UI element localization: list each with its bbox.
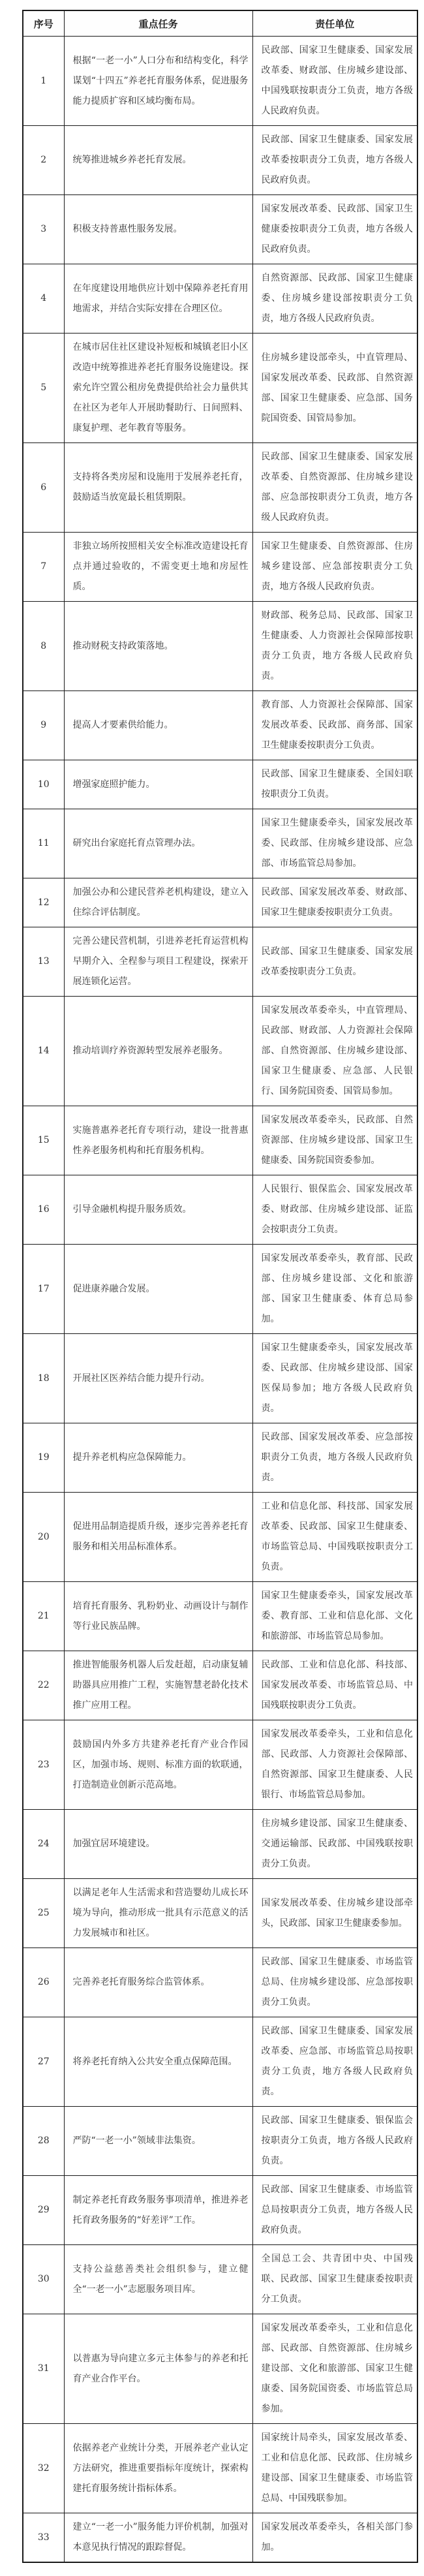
row-number-cell: 11	[23, 809, 64, 878]
task-cell: 实施普惠养老托育专项行动，建设一批普惠性养老服务机构和托育服务机构。	[64, 1106, 252, 1175]
units-cell: 国家卫生健康委、自然资源部、住房城乡建设部、应急部按职责分工负责，地方各级人民政…	[252, 533, 417, 602]
units-cell: 国家卫生健康委牵头，国家发展改革委、教育部、工业和信息化部、文化和旅游部、市场监…	[252, 1582, 417, 1651]
task-cell: 培育托育服务、乳粉奶业、动画设计与制作等行业民族品牌。	[64, 1582, 252, 1651]
row-number-cell: 13	[23, 927, 64, 997]
units-cell: 全国总工会、共青团中央、中国残联、民政部、国家卫生健康委按职责分工负责。	[252, 2245, 417, 2314]
task-cell: 支持公益慈善类社会组织参与，建立健全“一老一小”志愿服务项目库。	[64, 2245, 252, 2314]
units-cell: 民政部、国家卫生健康委、国家发展改革委按职责分工负责，地方各级人民政府负责。	[252, 126, 417, 195]
row-number-cell: 16	[23, 1175, 64, 1245]
units-cell: 国家发展改革委、民政部、国家卫生健康委按职责分工负责，地方各级人民政府负责。	[252, 195, 417, 264]
task-cell: 增强家庭照护能力。	[64, 760, 252, 809]
table-row: 1根据“一老一小”人口分布和结构变化，科学谋划“十四五”养老托育服务体系，促进服…	[23, 37, 417, 126]
task-cell: 非独立场所按照相关安全标准改造建设托育点并通过验收的，不需变更土地和房屋性质。	[64, 533, 252, 602]
row-number-cell: 3	[23, 195, 64, 264]
row-number-cell: 18	[23, 1334, 64, 1423]
task-cell: 加强宜居环境建设。	[64, 1810, 252, 1879]
units-cell: 人民银行、银保监会、国家发展改革委、财政部、住房城乡建设部、证监会按职责分工负责…	[252, 1175, 417, 1245]
units-cell: 国家发展改革委、住房城乡建设部牵头，民政部、国家卫生健康委参加。	[252, 1879, 417, 1948]
units-cell: 国家发展改革委牵头，工业和信息化部、民政部、自然资源部、住房城乡建设部、文化和旅…	[252, 2314, 417, 2424]
table-row: 24加强宜居环境建设。住房城乡建设部、国家卫生健康委、交通运输部、民政部、中国残…	[23, 1810, 417, 1879]
row-number-cell: 9	[23, 691, 64, 760]
units-cell: 民政部、国家卫生健康委、国家发展改革委、应急部、市场监管总局按职责分工负责，地方…	[252, 2017, 417, 2107]
units-cell: 民政部、国家卫生健康委、银保监会按职责分工负责，地方各级人民政府负责。	[252, 2107, 417, 2176]
row-number-cell: 17	[23, 1245, 64, 1334]
task-cell: 以普惠为导向建立多元主体参与的养老和托育产业合作平台。	[64, 2314, 252, 2424]
row-number-cell: 2	[23, 126, 64, 195]
row-number-cell: 7	[23, 533, 64, 602]
task-cell: 开展社区医养结合能力提升行动。	[64, 1334, 252, 1423]
units-cell: 国家发展改革委牵头，工业和信息化部、民政部、人力资源社会保障部、自然资源部、国家…	[252, 1720, 417, 1810]
table-row: 12加强公办和公建民营养老机构建设，建立入住综合评估制度。民政部、国家发展改革委…	[23, 878, 417, 927]
column-header-units: 责任单位	[252, 10, 417, 37]
table-row: 30支持公益慈善类社会组织参与，建立健全“一老一小”志愿服务项目库。全国总工会、…	[23, 2245, 417, 2314]
table-row: 11研究出台家庭托育点管理办法。国家卫生健康委牵头，国家发展改革委、民政部、住房…	[23, 809, 417, 878]
units-cell: 国家发展改革委牵头，中直管理局、民政部、财政部、人力资源社会保障部、自然资源部、…	[252, 997, 417, 1106]
table-row: 15实施普惠养老托育专项行动，建设一批普惠性养老服务机构和托育服务机构。国家发展…	[23, 1106, 417, 1175]
task-cell: 严防“一老一小”领域非法集资。	[64, 2107, 252, 2176]
table-row: 8推动财税支持政策落地。财政部、税务总局、民政部、国家卫生健康委、人力资源社会保…	[23, 602, 417, 691]
column-header-task: 重点任务	[64, 10, 252, 37]
units-cell: 民政部、国家卫生健康委、全国妇联按职责分工负责。	[252, 760, 417, 809]
row-number-cell: 26	[23, 1948, 64, 2017]
units-cell: 国家统计局牵头，国家发展改革委、工业和信息化部、民政部、住房城乡建设部、国家卫生…	[252, 2424, 417, 2513]
task-cell: 研究出台家庭托育点管理办法。	[64, 809, 252, 878]
task-cell: 制定养老托育政务服务事项清单，推进养老托育政务服务的“好差评”工作。	[64, 2176, 252, 2245]
table-row: 23鼓励国内外多方共建养老托育产业合作园区，加强市场、规则、标准方面的软联通，打…	[23, 1720, 417, 1810]
row-number-cell: 27	[23, 2017, 64, 2107]
units-cell: 国家卫生健康委牵头，国家发展改革委、民政部、住房城乡建设部、应急部、市场监管总局…	[252, 809, 417, 878]
table-row: 18开展社区医养结合能力提升行动。国家卫生健康委牵头，国家发展改革委、民政部、住…	[23, 1334, 417, 1423]
row-number-cell: 10	[23, 760, 64, 809]
task-cell: 推动培训疗养资源转型发展养老服务。	[64, 997, 252, 1106]
table-row: 25以满足老年人生活需求和营造婴幼儿成长环境为导向，推动形成一批具有示范意义的活…	[23, 1879, 417, 1948]
table-row: 26完善养老托育服务综合监管体系。民政部、国家卫生健康委、市场监管总局、住房城乡…	[23, 1948, 417, 2017]
table-header-row: 序号 重点任务 责任单位	[23, 10, 417, 37]
table-row: 31以普惠为导向建立多元主体参与的养老和托育产业合作平台。国家发展改革委牵头，工…	[23, 2314, 417, 2424]
row-number-cell: 12	[23, 878, 64, 927]
task-cell: 促进康养融合发展。	[64, 1245, 252, 1334]
units-cell: 民政部、国家卫生健康委、国家发展改革委、自然资源部、住房城乡建设部、应急部按职责…	[252, 443, 417, 533]
table-row: 6支持将各类房屋和设施用于发展养老托育，鼓励适当放宽最长租赁期限。民政部、国家卫…	[23, 443, 417, 533]
units-cell: 民政部、工业和信息化部、科技部、国家发展改革委、市场监管总局、中国残联按职责分工…	[252, 1651, 417, 1720]
task-cell: 在年度建设用地供应计划中保障养老托育用地需求，并结合实际安排在合理区位。	[64, 264, 252, 334]
row-number-cell: 14	[23, 997, 64, 1106]
task-cell: 鼓励国内外多方共建养老托育产业合作园区，加强市场、规则、标准方面的软联通，打造制…	[64, 1720, 252, 1810]
task-cell: 在城市居住社区建设补短板和城镇老旧小区改造中统筹推进养老托育服务设施建设。探索允…	[64, 334, 252, 443]
table-row: 28严防“一老一小”领域非法集资。民政部、国家卫生健康委、银保监会按职责分工负责…	[23, 2107, 417, 2176]
row-number-cell: 15	[23, 1106, 64, 1175]
row-number-cell: 19	[23, 1423, 64, 1493]
task-cell: 根据“一老一小”人口分布和结构变化，科学谋划“十四五”养老托育服务体系，促进服务…	[64, 37, 252, 126]
units-cell: 住房城乡建设部牵头，中直管理局、国家发展改革委、民政部、自然资源部、国家卫生健康…	[252, 334, 417, 443]
table-row: 13完善公建民营机制，引进养老托育运营机构早期介入、全程参与项目工程建设，探索开…	[23, 927, 417, 997]
task-cell: 积极支持普惠性服务发展。	[64, 195, 252, 264]
task-cell: 提高人才要素供给能力。	[64, 691, 252, 760]
task-cell: 依据养老产业统计分类，开展养老产业认定方法研究，推进重要指标年度统计，探索构建托…	[64, 2424, 252, 2513]
table-row: 20促进用品制造提质升级，逐步完善养老托育服务和相关用品标准体系。工业和信息化部…	[23, 1493, 417, 1582]
task-cell: 以满足老年人生活需求和营造婴幼儿成长环境为导向，推动形成一批具有示范意义的活力发…	[64, 1879, 252, 1948]
task-cell: 建立“一老一小”服务能力评价机制，加强对本意见执行情况的跟踪督促。	[64, 2513, 252, 2563]
task-cell: 促进用品制造提质升级，逐步完善养老托育服务和相关用品标准体系。	[64, 1493, 252, 1582]
row-number-cell: 32	[23, 2424, 64, 2513]
row-number-cell: 23	[23, 1720, 64, 1810]
table-row: 21培育托育服务、乳粉奶业、动画设计与制作等行业民族品牌。国家卫生健康委牵头，国…	[23, 1582, 417, 1651]
table-row: 7非独立场所按照相关安全标准改造建设托育点并通过验收的，不需变更土地和房屋性质。…	[23, 533, 417, 602]
table-row: 14推动培训疗养资源转型发展养老服务。国家发展改革委牵头，中直管理局、民政部、财…	[23, 997, 417, 1106]
row-number-cell: 28	[23, 2107, 64, 2176]
row-number-cell: 22	[23, 1651, 64, 1720]
units-cell: 国家发展改革委牵头，教育部、民政部、住房城乡建设部、文化和旅游部、国家卫生健康委…	[252, 1245, 417, 1334]
table-row: 3积极支持普惠性服务发展。国家发展改革委、民政部、国家卫生健康委按职责分工负责，…	[23, 195, 417, 264]
task-cell: 提升养老机构应急保障能力。	[64, 1423, 252, 1493]
row-number-cell: 5	[23, 334, 64, 443]
row-number-cell: 21	[23, 1582, 64, 1651]
table-row: 5在城市居住社区建设补短板和城镇老旧小区改造中统筹推进养老托育服务设施建设。探索…	[23, 334, 417, 443]
units-cell: 民政部、国家卫生健康委、国家发展改革委、财政部、住房城乡建设部、中国残联按职责分…	[252, 37, 417, 126]
task-cell: 引导金融机构提升服务质效。	[64, 1175, 252, 1245]
units-cell: 国家卫生健康委牵头，国家发展改革委、民政部、住房城乡建设部、国家医保局参加；地方…	[252, 1334, 417, 1423]
units-cell: 民政部、国家卫生健康委、市场监管总局按职责分工负责，地方各级人民政府负责。	[252, 2176, 417, 2245]
units-cell: 民政部、国家发展改革委、财政部、国家卫生健康委按职责分工负责。	[252, 878, 417, 927]
document-page: 序号 重点任务 责任单位 1根据“一老一小”人口分布和结构变化，科学谋划“十四五…	[0, 0, 424, 2576]
row-number-cell: 29	[23, 2176, 64, 2245]
units-cell: 自然资源部、民政部、国家卫生健康委、住房城乡建设部按职责分工负责，地方各级人民政…	[252, 264, 417, 334]
key-tasks-table: 序号 重点任务 责任单位 1根据“一老一小”人口分布和结构变化，科学谋划“十四五…	[22, 10, 418, 2563]
table-row: 33建立“一老一小”服务能力评价机制，加强对本意见执行情况的跟踪督促。国家发展改…	[23, 2513, 417, 2563]
units-cell: 民政部、国家卫生健康委、市场监管总局、住房城乡建设部、应急部按职责分工负责。	[252, 1948, 417, 2017]
table-row: 10增强家庭照护能力。民政部、国家卫生健康委、全国妇联按职责分工负责。	[23, 760, 417, 809]
task-cell: 统筹推进城乡养老托育发展。	[64, 126, 252, 195]
table-row: 17促进康养融合发展。国家发展改革委牵头，教育部、民政部、住房城乡建设部、文化和…	[23, 1245, 417, 1334]
table-row: 22推进智能服务机器人后发赶超，启动康复辅助器具应用推广工程，实施智慧老龄化技术…	[23, 1651, 417, 1720]
table-row: 32依据养老产业统计分类，开展养老产业认定方法研究，推进重要指标年度统计，探索构…	[23, 2424, 417, 2513]
table-row: 9提高人才要素供给能力。教育部、人力资源社会保障部、国家发展改革委、民政部、商务…	[23, 691, 417, 760]
task-cell: 完善养老托育服务综合监管体系。	[64, 1948, 252, 2017]
row-number-cell: 31	[23, 2314, 64, 2424]
table-row: 2统筹推进城乡养老托育发展。民政部、国家卫生健康委、国家发展改革委按职责分工负责…	[23, 126, 417, 195]
table-row: 19提升养老机构应急保障能力。民政部、国家发展改革委、应急部按职责分工负责，地方…	[23, 1423, 417, 1493]
row-number-cell: 25	[23, 1879, 64, 1948]
units-cell: 国家发展改革委牵头，各相关部门参加。	[252, 2513, 417, 2563]
row-number-cell: 30	[23, 2245, 64, 2314]
units-cell: 教育部、人力资源社会保障部、国家发展改革委、民政部、商务部、国家卫生健康委按职责…	[252, 691, 417, 760]
units-cell: 民政部、国家卫生健康委、国家发展改革委按职责分工负责。	[252, 927, 417, 997]
row-number-cell: 24	[23, 1810, 64, 1879]
row-number-cell: 4	[23, 264, 64, 334]
units-cell: 民政部、国家发展改革委、应急部按职责分工负责，地方各级人民政府负责。	[252, 1423, 417, 1493]
table-row: 16引导金融机构提升服务质效。人民银行、银保监会、国家发展改革委、财政部、住房城…	[23, 1175, 417, 1245]
units-cell: 财政部、税务总局、民政部、国家卫生健康委、人力资源社会保障部按职责分工负责，地方…	[252, 602, 417, 691]
table-body: 1根据“一老一小”人口分布和结构变化，科学谋划“十四五”养老托育服务体系，促进服…	[23, 37, 417, 2563]
row-number-cell: 1	[23, 37, 64, 126]
table-row: 27将养老托育纳入公共安全重点保障范围。民政部、国家卫生健康委、国家发展改革委、…	[23, 2017, 417, 2107]
column-header-number: 序号	[23, 10, 64, 37]
task-cell: 推进智能服务机器人后发赶超，启动康复辅助器具应用推广工程，实施智慧老龄化技术推广…	[64, 1651, 252, 1720]
row-number-cell: 6	[23, 443, 64, 533]
table-row: 4在年度建设用地供应计划中保障养老托育用地需求，并结合实际安排在合理区位。自然资…	[23, 264, 417, 334]
row-number-cell: 8	[23, 602, 64, 691]
table-row: 29制定养老托育政务服务事项清单，推进养老托育政务服务的“好差评”工作。民政部、…	[23, 2176, 417, 2245]
task-cell: 推动财税支持政策落地。	[64, 602, 252, 691]
units-cell: 国家发展改革委牵头，民政部、自然资源部、住房城乡建设部、国家卫生健康委、国务院国…	[252, 1106, 417, 1175]
task-cell: 将养老托育纳入公共安全重点保障范围。	[64, 2017, 252, 2107]
row-number-cell: 20	[23, 1493, 64, 1582]
units-cell: 住房城乡建设部、国家卫生健康委、交通运输部、民政部、中国残联按职责分工负责。	[252, 1810, 417, 1879]
row-number-cell: 33	[23, 2513, 64, 2563]
task-cell: 完善公建民营机制，引进养老托育运营机构早期介入、全程参与项目工程建设，探索开展连…	[64, 927, 252, 997]
units-cell: 工业和信息化部、科技部、国家发展改革委、民政部、国家卫生健康委、市场监管总局、中…	[252, 1493, 417, 1582]
task-cell: 加强公办和公建民营养老机构建设，建立入住综合评估制度。	[64, 878, 252, 927]
task-cell: 支持将各类房屋和设施用于发展养老托育，鼓励适当放宽最长租赁期限。	[64, 443, 252, 533]
